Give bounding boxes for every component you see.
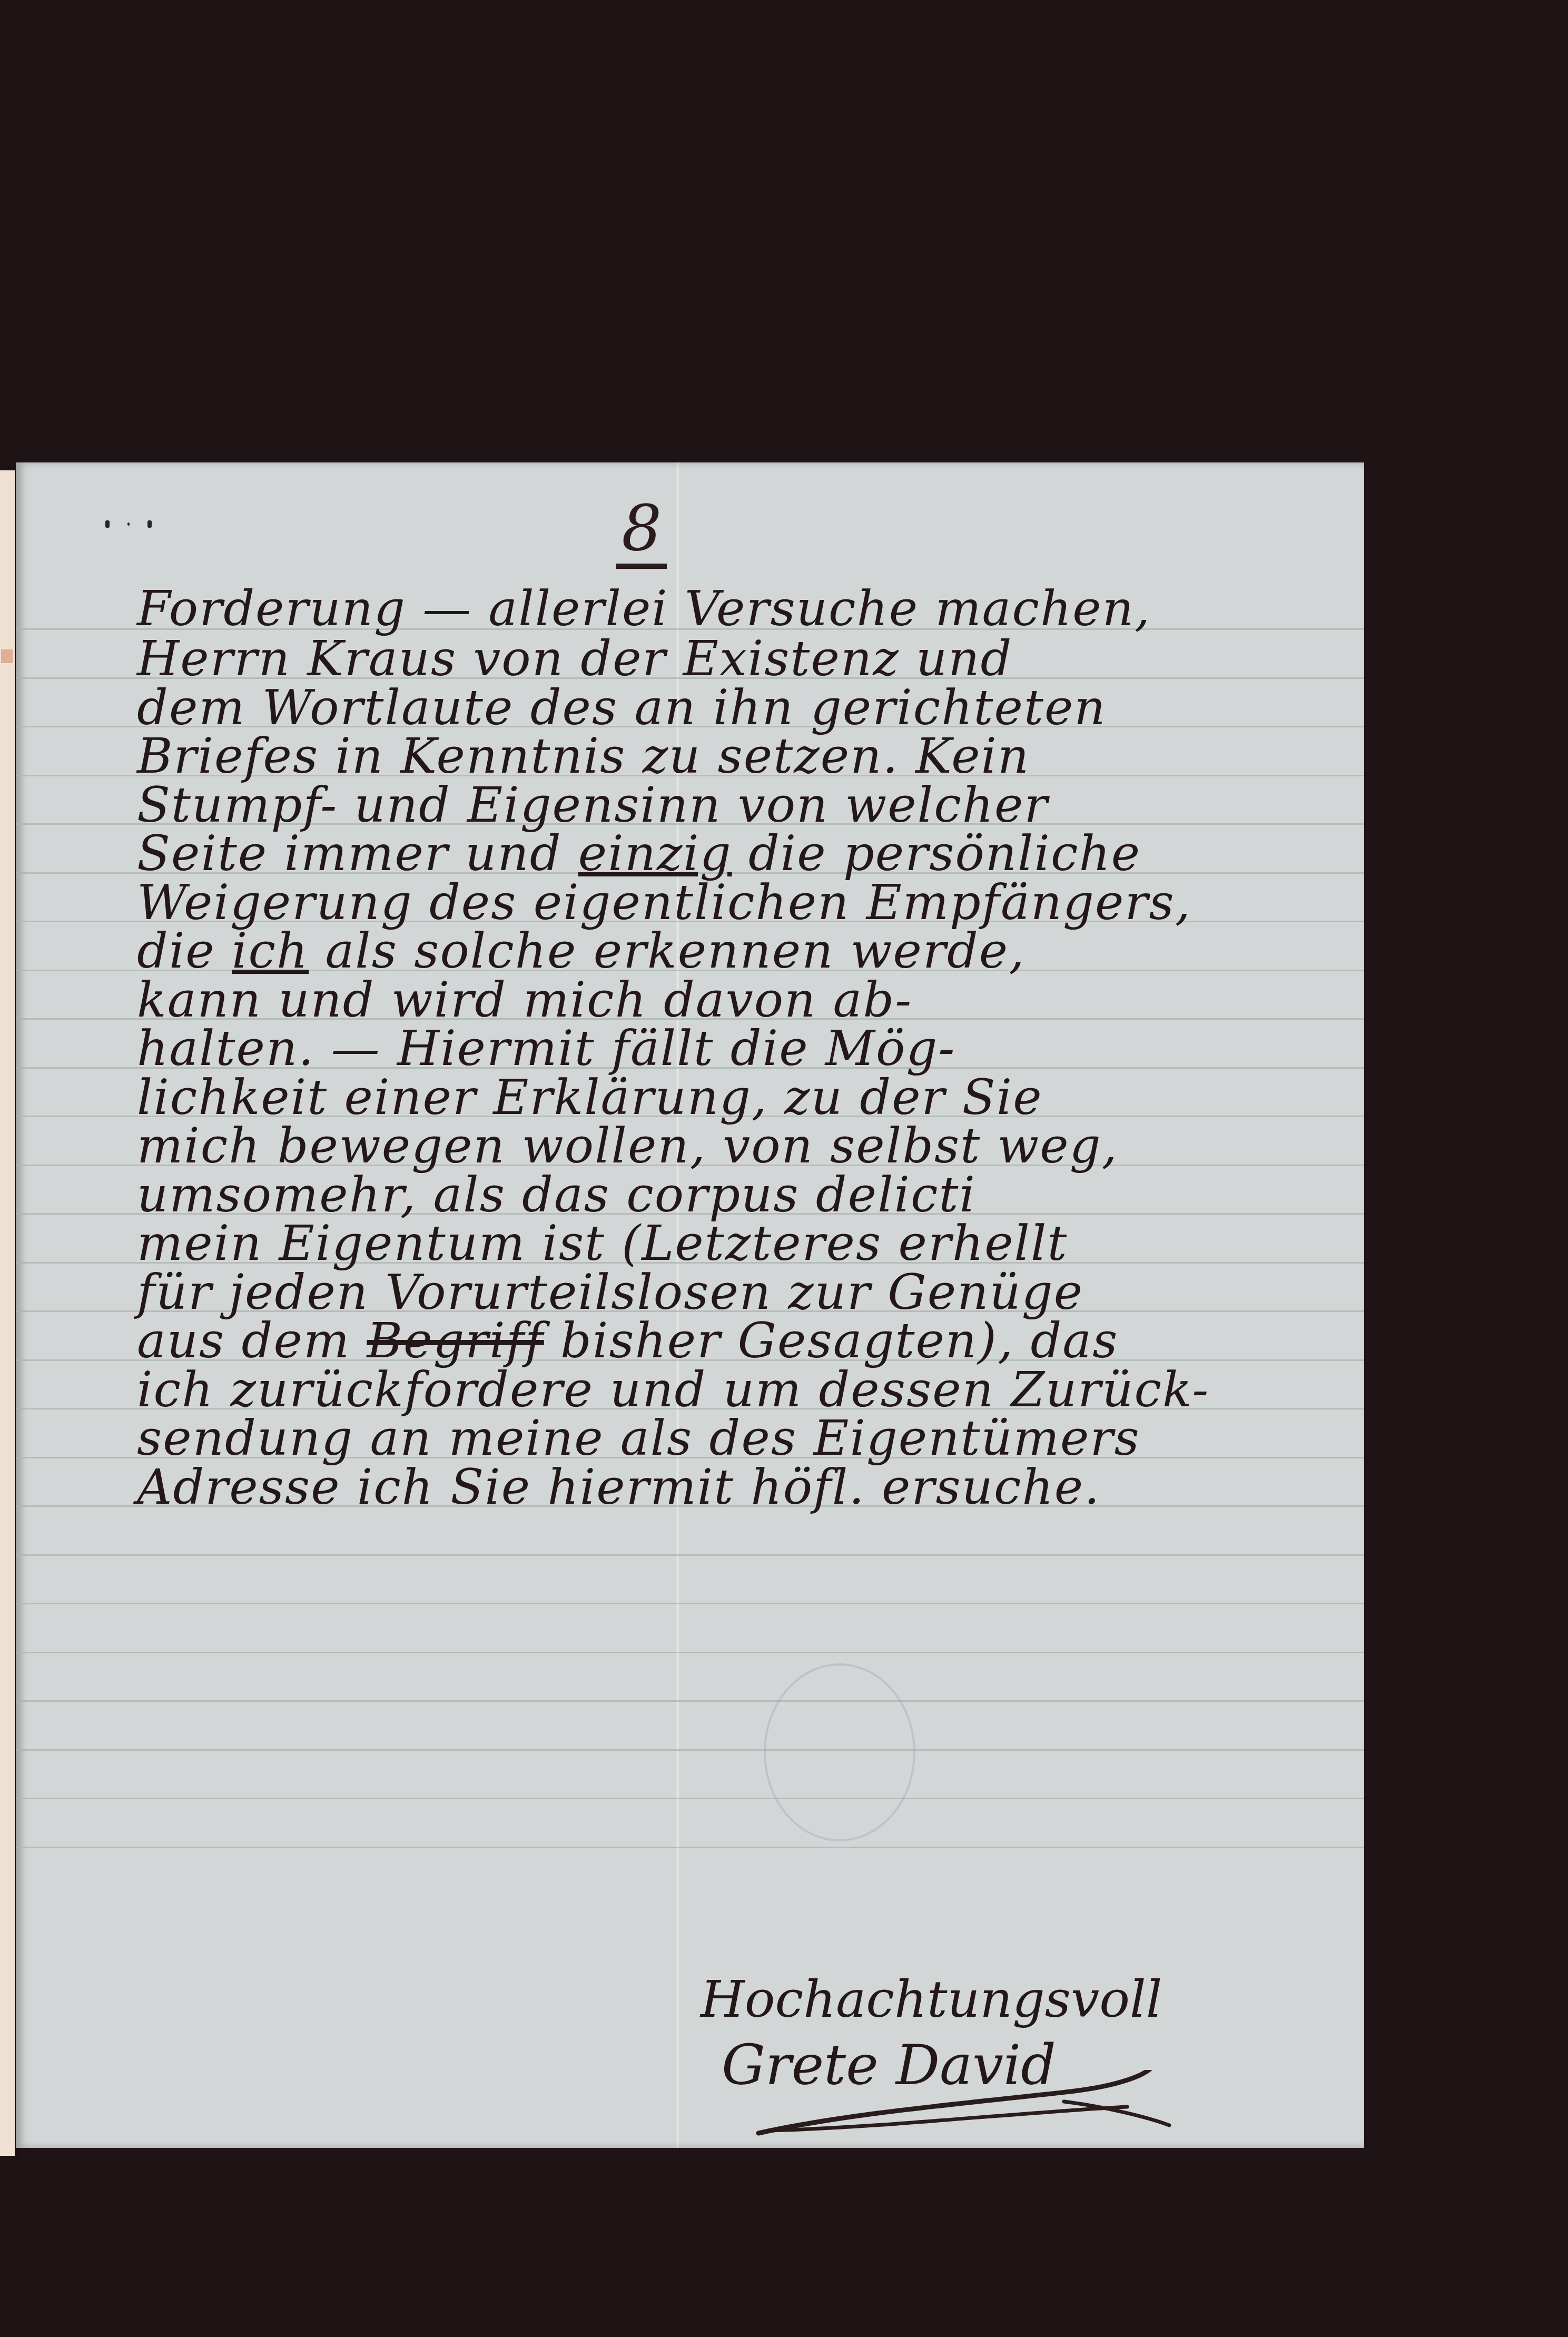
paper-tear-mark: [1, 649, 13, 663]
letter-line-19: Adresse ich Sie hiermit höfl. ersuche.: [137, 1463, 1536, 1512]
closing-salutation: Hochachtungsvoll: [701, 1970, 1162, 2029]
letter-line-11: lichkeit einer Erklärung, zu der Sie: [137, 1073, 1536, 1122]
letter-line-7: Weigerung des eigentlichen Empfängers,: [137, 879, 1536, 927]
letter-line-12: mich bewegen wollen, von selbst weg,: [137, 1122, 1536, 1170]
ruled-line: [16, 1847, 1364, 1848]
ruled-line: [16, 1798, 1364, 1799]
punch-mark: [105, 520, 110, 528]
letter-line-5: Stumpf- und Eigensinn von welcher: [137, 781, 1536, 830]
underlined-word: einzig: [578, 825, 732, 882]
letter-line-3: dem Wortlaute des an ihn gerichteten: [137, 684, 1536, 732]
line-text: als solche erkennen werde,: [309, 923, 1025, 979]
faint-stamp-mark: [764, 1663, 915, 1841]
ruled-line: [16, 1603, 1364, 1604]
signature-flourish-icon: [748, 2070, 1222, 2154]
ruled-line: [16, 1554, 1364, 1556]
ruled-line: [16, 1700, 1364, 1702]
adjacent-page-edge: [0, 470, 15, 2156]
letter-line-13: umsomehr, als das corpus delicti: [137, 1171, 1536, 1219]
letter-line-14: mein Eigentum ist (Letzteres erhellt: [137, 1219, 1536, 1268]
letter-line-2: Herrn Kraus von der Existenz und: [137, 635, 1536, 683]
letter-line-10: halten. — Hiermit fällt die Mög-: [137, 1024, 1536, 1073]
letter-line-18: sendung an meine als des Eigentümers: [137, 1414, 1536, 1463]
line-text: die persönliche: [732, 825, 1141, 882]
letter-line-6: Seite immer und einzig die persönliche: [137, 830, 1536, 878]
letter-line-9: kann und wird mich davon ab-: [137, 976, 1536, 1024]
letter-line-4: Briefes in Kenntnis zu setzen. Kein: [137, 732, 1536, 781]
struck-through-word: Begriff: [367, 1313, 544, 1369]
ruled-line: [16, 1749, 1364, 1751]
underlined-word: ich: [232, 923, 309, 979]
line-text: bisher Gesagten), das: [544, 1313, 1119, 1369]
page-number: 8: [616, 494, 667, 569]
letter-line-8: die ich als solche erkennen werde,: [137, 927, 1536, 975]
punch-marks: [105, 520, 152, 528]
letter-line-17: ich zurückfordere und um dessen Zurück-: [137, 1366, 1536, 1414]
punch-mark: [147, 520, 152, 528]
letter-line-1: Forderung — allerlei Versuche machen,: [137, 585, 1536, 633]
letter-line-15: für jeden Vorurteilslosen zur Genüge: [137, 1268, 1536, 1317]
ruled-line: [16, 1652, 1364, 1653]
line-text: die: [137, 923, 232, 979]
punch-mark: [127, 522, 130, 526]
line-text: Seite immer und: [137, 825, 578, 882]
line-text: aus dem: [137, 1313, 367, 1369]
letter-line-16: aus dem Begriff bisher Gesagten), das: [137, 1317, 1536, 1365]
